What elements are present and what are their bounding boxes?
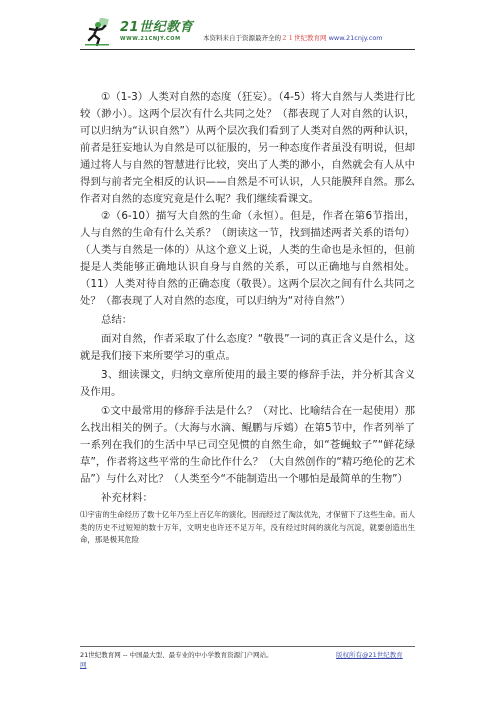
logo-text: 21世纪教育 <box>120 16 193 35</box>
paragraph-rhetoric: ①文中最常用的修辞手法是什么？（对比、比喻结合在一起使用）那么找出相关的例子。（… <box>80 403 415 488</box>
tagline-brand: ２１世纪教育网 <box>281 34 327 42</box>
footer-site-text: 21世纪教育网 -- 中国最大型、最专业的中小学教育资源门户网站。 <box>80 651 273 659</box>
page-footer: 21世纪教育网 -- 中国最大型、最专业的中小学教育资源门户网站。 版权所有@2… <box>80 650 420 670</box>
paragraph-section-1: ①（1-3）人类对自然的态度（狂妄）。（4-5）将大自然与人类进行比较（渺小）。… <box>80 89 415 208</box>
paragraph-task-3: 3、细读课文，归纳文章所使用的最主要的修辞手法，并分析其含义及作用。 <box>80 367 415 401</box>
paragraph-section-2: ②（6-10）描写大自然的生命（永恒）。但是，作者在第6节指出，人与自然的生命有… <box>80 208 415 310</box>
footer-divider <box>80 646 415 647</box>
copyright-link-continued[interactable]: 网 <box>80 660 420 670</box>
tagline-url[interactable]: www.21cnjy.com <box>329 34 383 42</box>
runner-logo-icon <box>85 18 111 46</box>
logo-subtext: WWW.21CNJY.COM <box>120 36 181 42</box>
paragraph-summary: 面对自然，作者采取了什么态度？“敬畏”一词的真正含义是什么，这就是我们接下来所要… <box>80 331 415 365</box>
page-header: 21世纪教育 WWW.21CNJY.COM 本资料来自于资源最齐全的２１世纪教育… <box>80 12 415 52</box>
tagline-prefix: 本资料来自于资源最齐全的 <box>203 34 281 42</box>
document-body: ①（1-3）人类对自然的态度（狂妄）。（4-5）将大自然与人类进行比较（渺小）。… <box>80 89 415 547</box>
supplement-heading: 补充材料： <box>80 490 415 507</box>
header-divider <box>80 49 415 50</box>
site-logo: 21世纪教育 WWW.21CNJY.COM <box>85 14 195 50</box>
summary-heading: 总结： <box>80 312 415 329</box>
supplement-footnote: ⑴宇宙的生命经历了数十亿年乃至上百亿年的演化，因而经过了淘汰优先，才保留下了这些… <box>80 509 415 547</box>
copyright-link[interactable]: 版权所有@21世纪教育 <box>336 650 403 660</box>
header-tagline: 本资料来自于资源最齐全的２１世纪教育网 www.21cnjy.com <box>203 33 383 42</box>
